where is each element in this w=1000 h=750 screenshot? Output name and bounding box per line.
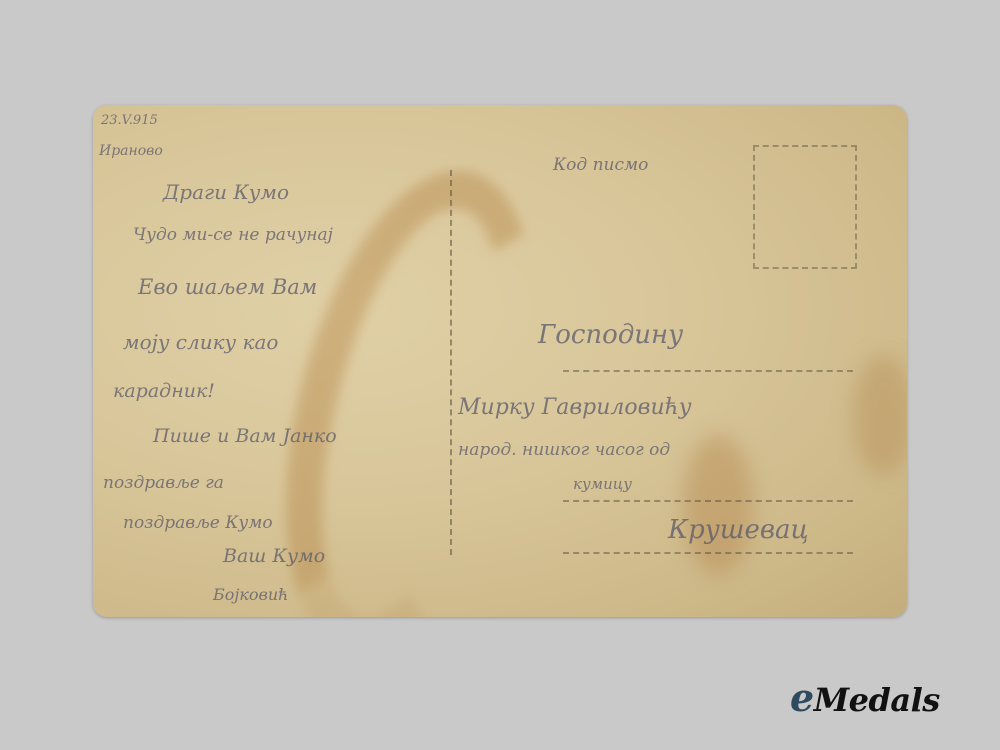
- message-line: Драги Кумо: [163, 180, 289, 204]
- address-line: [563, 500, 853, 502]
- stain: [853, 355, 907, 475]
- postcard-back: 23.V.915 Ираново Драги Кумо Чудо ми-се н…: [93, 105, 907, 617]
- message-line: Чудо ми-се не рачунај: [133, 225, 333, 245]
- logo-prefix: e: [790, 675, 814, 720]
- address-line-text: Мирку Гавриловићу: [458, 395, 692, 420]
- address-header: Код писмо: [553, 155, 648, 175]
- message-line: карадник!: [113, 380, 215, 402]
- address-line-text: народ. нишког часог од: [458, 440, 670, 460]
- message-line: поздравље га: [103, 473, 224, 493]
- signature: Ваш Кумо: [223, 545, 325, 567]
- address-line-text: Господину: [538, 320, 683, 350]
- message-line: Ево шаљем Вам: [138, 275, 317, 299]
- place-note: Ираново: [99, 143, 163, 159]
- address-city: Крушевац: [668, 515, 809, 545]
- message-line: моју слику као: [123, 330, 278, 354]
- message-line: Пише и Вам Јанко: [153, 425, 337, 447]
- center-divider: [450, 170, 452, 555]
- emedals-logo: eMedals: [790, 675, 940, 720]
- address-line: [563, 370, 853, 372]
- address-line-text: кумицу: [573, 475, 632, 493]
- stamp-box: [753, 145, 857, 269]
- surname: Бојковић: [213, 585, 288, 604]
- logo-brand: Medals: [814, 681, 940, 719]
- message-line: поздравље Кумо: [123, 513, 273, 533]
- date-note: 23.V.915: [101, 113, 158, 128]
- address-line: [563, 552, 853, 554]
- stain: [683, 435, 753, 575]
